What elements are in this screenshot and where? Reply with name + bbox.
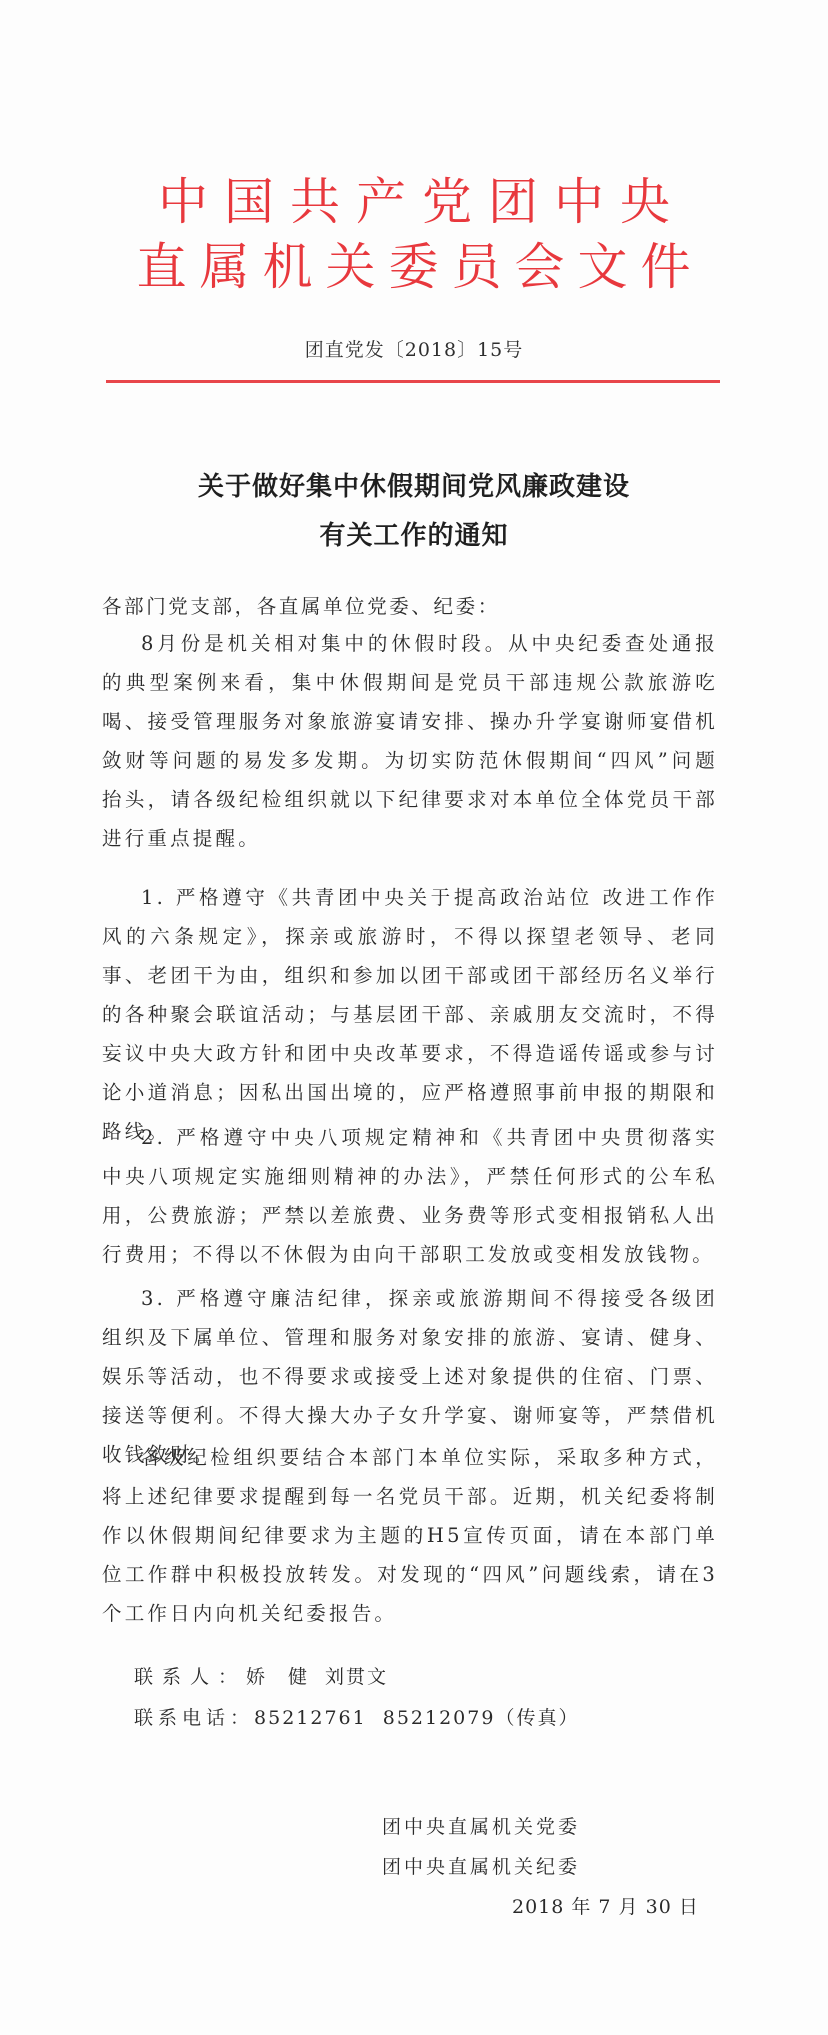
document-page: 中国共产党团中央 直属机关委员会文件 团直党发〔2018〕15号 关于做好集中休… xyxy=(0,0,828,2035)
requirement-item-1: 1. 严格遵守《共青团中央关于提高政治站位 改进工作作风的六条规定》，探亲或旅游… xyxy=(102,878,718,1151)
contact-phone-2: 85212079（传真） xyxy=(383,1707,580,1729)
contact-person-line: 联系人：娇 健刘贯文 xyxy=(134,1662,388,1689)
notice-title-line-2: 有关工作的通知 xyxy=(0,515,828,552)
signature-party-committee: 团中央直属机关党委 xyxy=(382,1812,712,1839)
contact-phone-line: 联系电话：8521276185212079（传真） xyxy=(134,1703,579,1730)
salutation: 各部门党支部，各直属单位党委、纪委： xyxy=(102,587,718,626)
requirement-item-2: 2. 严格遵守中央八项规定精神和《共青团中央贯彻落实中央八项规定实施细则精神的办… xyxy=(102,1118,718,1274)
signature-discipline-committee: 团中央直属机关纪委 xyxy=(382,1852,712,1879)
contact-person-1: 娇 健 xyxy=(246,1666,309,1688)
intro-paragraph: 8月份是机关相对集中的休假时段。从中央纪委查处通报的典型案例来看，集中休假期间是… xyxy=(102,624,718,858)
document-number: 团直党发〔2018〕15号 xyxy=(0,335,828,362)
notice-title-line-1: 关于做好集中休假期间党风廉政建设 xyxy=(0,466,828,503)
closing-paragraph: 各级纪检组织要结合本部门本单位实际，采取多种方式，将上述纪律要求提醒到每一名党员… xyxy=(102,1438,718,1633)
contact-person-label: 联系人： xyxy=(134,1666,246,1688)
red-divider-line xyxy=(106,380,720,383)
contact-phone-1: 85212761 xyxy=(254,1707,367,1729)
contact-person-2: 刘贯文 xyxy=(325,1666,388,1688)
document-header-title-line-1: 中国共产党团中央 xyxy=(0,172,828,232)
contact-phone-label: 联系电话： xyxy=(134,1707,254,1729)
signature-date: 2018 年 7 月 30 日 xyxy=(512,1892,828,1919)
document-header-title-line-2: 直属机关委员会文件 xyxy=(0,237,828,297)
